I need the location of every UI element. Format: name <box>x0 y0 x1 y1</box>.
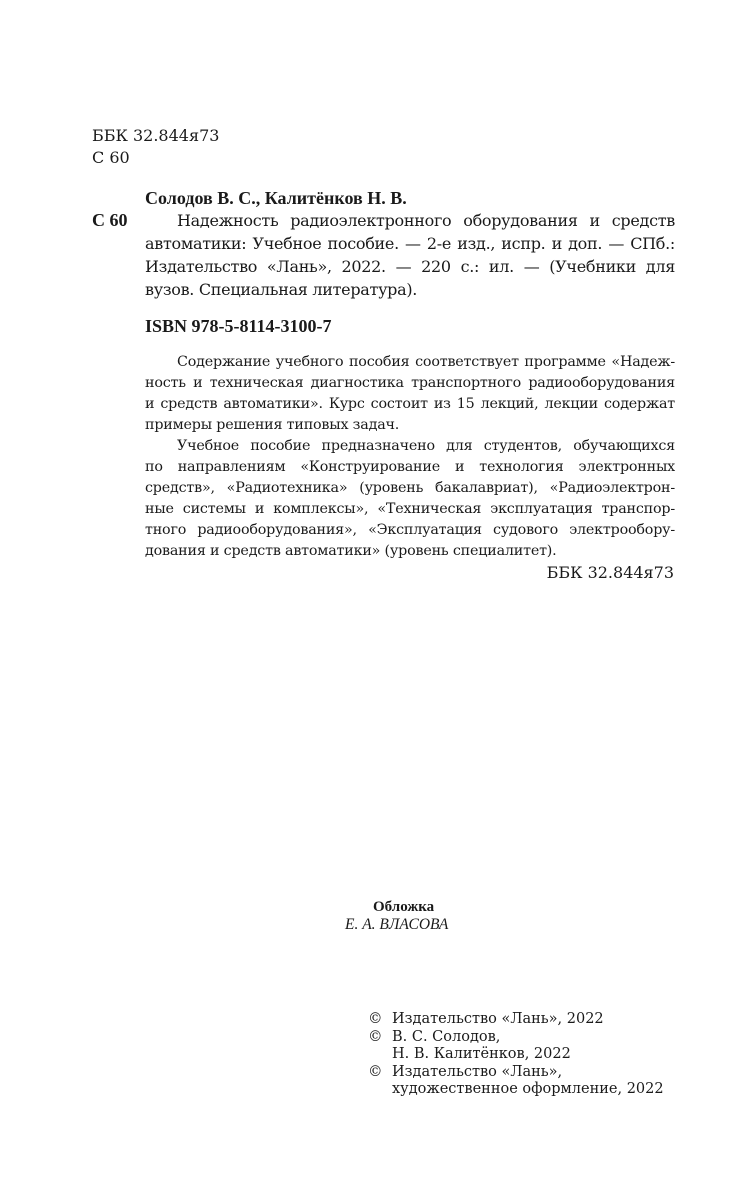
header-classification: ББК 32.844я73 С 60 <box>92 125 219 169</box>
cover-label: Обложка <box>373 899 434 916</box>
copyright-block: © Издательство «Лань», 2022 © В. С. Соло… <box>368 1011 664 1099</box>
description-line: автоматики: Учебное пособие. — 2-е изд.,… <box>145 232 675 255</box>
annotation-line: примеры решения типовых задач. <box>145 415 675 436</box>
bibliographic-description: Надежность радиоэлектронного оборудовани… <box>145 209 675 301</box>
author-mark: С 60 <box>92 147 219 169</box>
cover-designer: Е. А. ВЛАСОВА <box>345 916 448 934</box>
authors: Солодов В. С., Калитёнков Н. В. <box>145 187 407 209</box>
bbk-code-bottom: ББК 32.844я73 <box>547 563 674 582</box>
copyright-line: художественное оформление, 2022 <box>368 1081 664 1099</box>
annotation: Содержание учебного пособия соответствуе… <box>145 352 675 562</box>
annotation-line: дования и средств автоматики» (уровень с… <box>145 541 675 562</box>
annotation-line: по направлениям «Конструирование и техно… <box>145 457 675 478</box>
description-line: Надежность радиоэлектронного оборудовани… <box>145 209 675 232</box>
annotation-line: ные системы и комплексы», «Техническая э… <box>145 499 675 520</box>
copyright-icon: © <box>368 1011 392 1029</box>
annotation-line: Содержание учебного пособия соответствуе… <box>145 352 675 373</box>
copyright-icon: © <box>368 1029 392 1047</box>
description-line: вузов. Специальная литература). <box>145 278 675 301</box>
annotation-line: тного радиооборудования», «Эксплуатация … <box>145 520 675 541</box>
copyright-line: © Издательство «Лань», 2022 <box>368 1011 664 1029</box>
annotation-line: средств», «Радиотехника» (уровень бакала… <box>145 478 675 499</box>
copyright-line: Н. В. Калитёнков, 2022 <box>368 1046 664 1064</box>
copyright-line: © Издательство «Лань», <box>368 1064 664 1082</box>
bbk-code: ББК 32.844я73 <box>92 125 219 147</box>
author-mark-bold: С 60 <box>92 209 128 231</box>
copyright-icon: © <box>368 1064 392 1082</box>
annotation-line: Учебное пособие предназначено для студен… <box>145 436 675 457</box>
copyright-line: © В. С. Солодов, <box>368 1029 664 1047</box>
isbn: ISBN 978-5-8114-3100-7 <box>145 315 332 337</box>
annotation-line: ность и техническая диагностика транспор… <box>145 373 675 394</box>
description-line: Издательство «Лань», 2022. — 220 с.: ил.… <box>145 255 675 278</box>
annotation-line: и средств автоматики». Курс состоит из 1… <box>145 394 675 415</box>
